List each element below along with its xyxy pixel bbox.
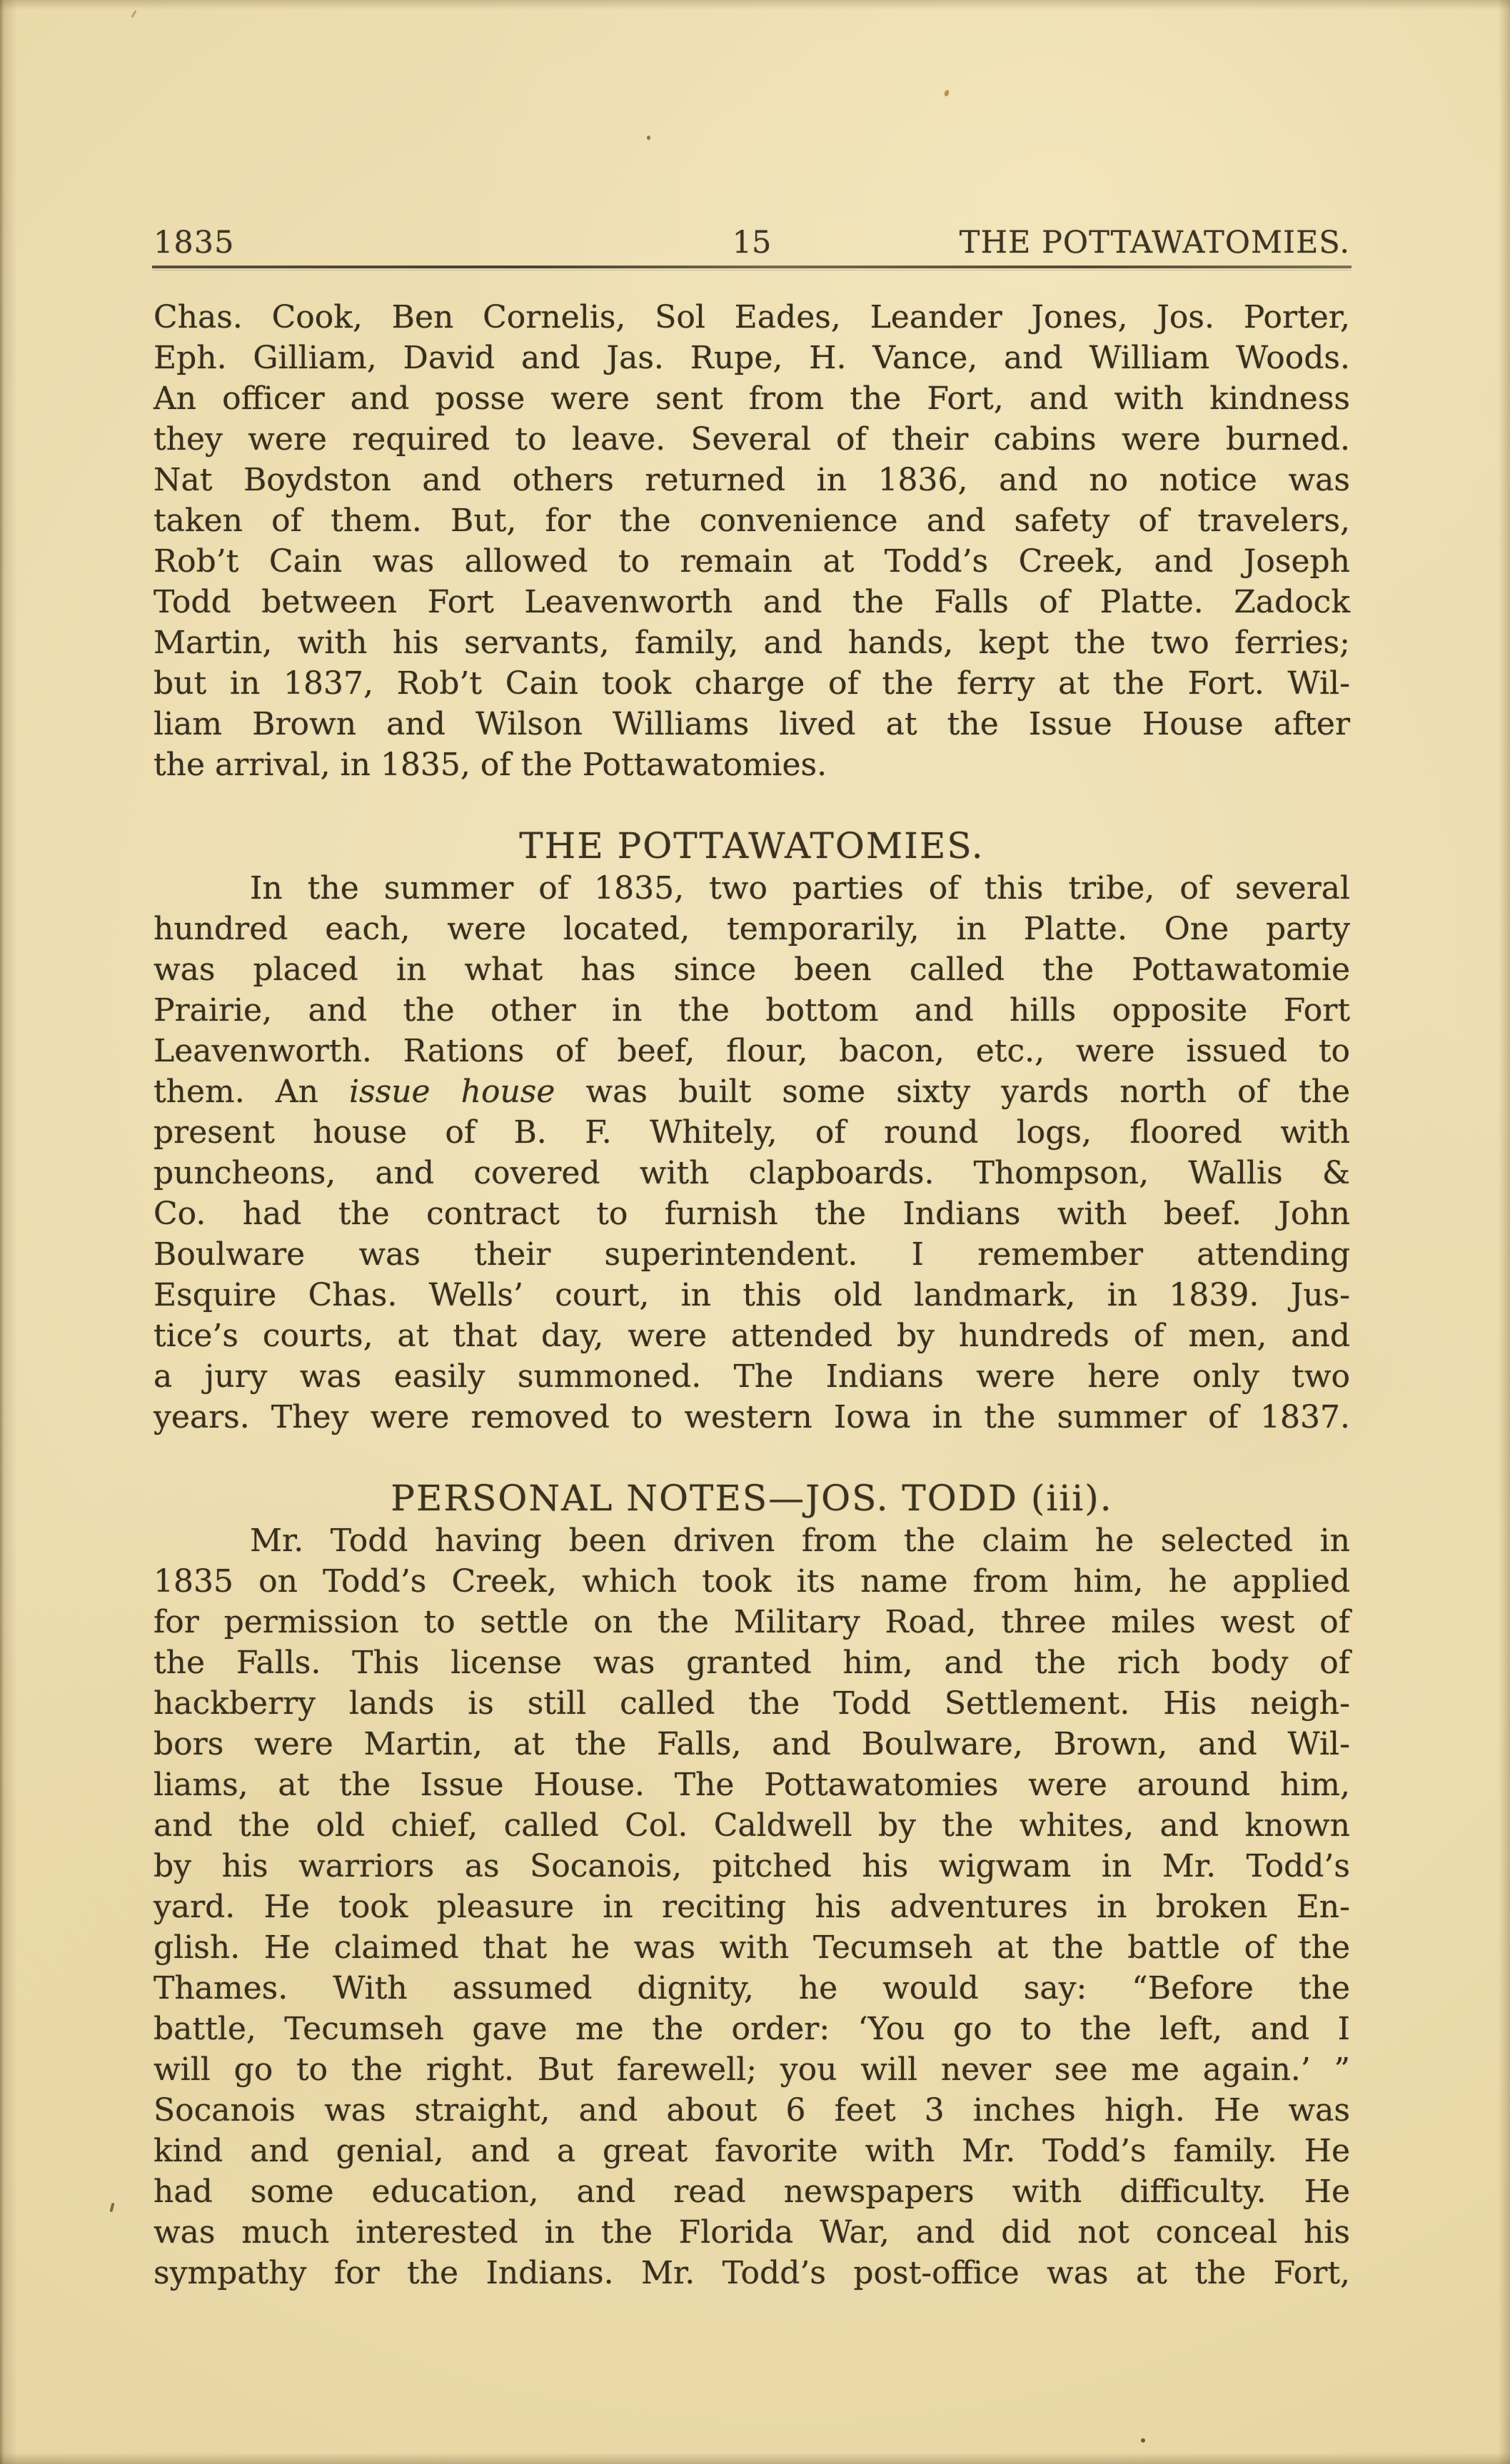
- section-heading: PERSONAL NOTES—JOS. TODD (iii).: [153, 1478, 1350, 1519]
- text-line: sympathy for the Indians. Mr. Todd’s pos…: [153, 2253, 1350, 2293]
- text-line: An officer and posse were sent from the …: [153, 378, 1350, 419]
- text-line: tice’s courts, at that day, were attende…: [153, 1316, 1350, 1356]
- text-line: yard. He took pleasure in reciting his a…: [153, 1887, 1350, 1927]
- text-line: Rob’t Cain was allowed to remain at Todd…: [153, 541, 1350, 582]
- text-line: hundred each, were located, temporarily,…: [153, 909, 1350, 949]
- text-line: Todd between Fort Leavenworth and the Fa…: [153, 582, 1350, 622]
- text-line: glish. He claimed that he was with Tecum…: [153, 1927, 1350, 1968]
- text-line: and the old chief, called Col. Caldwell …: [153, 1805, 1350, 1846]
- text-line: a jury was easily summoned. The Indians …: [153, 1356, 1350, 1397]
- text-line: Boulware was their superintendent. I rem…: [153, 1234, 1350, 1275]
- text-line: puncheons, and covered with clapboards. …: [153, 1153, 1350, 1193]
- book-page: 1835 15 THE POTTAWATOMIES. Chas. Cook, B…: [0, 0, 1510, 2464]
- ink-speck: [1141, 2438, 1145, 2443]
- text-line: was placed in what has since been called…: [153, 949, 1350, 990]
- text-line: battle, Tecumseh gave me the order: ‘You…: [153, 2009, 1350, 2049]
- text-line: had some education, and read newspapers …: [153, 2171, 1350, 2212]
- text-line: Prairie, and the other in the bottom and…: [153, 990, 1350, 1031]
- text-line: kind and genial, and a great favorite wi…: [153, 2131, 1350, 2171]
- ink-speck: [131, 10, 136, 18]
- text-line: taken of them. But, for the convenience …: [153, 500, 1350, 541]
- page-header: 1835 15 THE POTTAWATOMIES.: [153, 226, 1350, 260]
- text-line: was much interested in the Florida War, …: [153, 2212, 1350, 2253]
- paragraph: Mr. Todd having been driven from the cla…: [153, 1520, 1350, 2293]
- header-year: 1835: [153, 226, 234, 260]
- page-body: Chas. Cook, Ben Cornelis, Sol Eades, Lea…: [153, 297, 1350, 2293]
- ink-speck: [944, 89, 950, 97]
- text-line: Nat Boydston and others returned in 1836…: [153, 460, 1350, 500]
- text-line: the Falls. This license was granted him,…: [153, 1642, 1350, 1683]
- text-line: Leavenworth. Rations of beef, flour, bac…: [153, 1031, 1350, 1071]
- text-line: liams, at the Issue House. The Pottawato…: [153, 1764, 1350, 1805]
- header-rule: [152, 266, 1352, 271]
- header-page-number: 15: [733, 226, 772, 260]
- text-line: they were required to leave. Several of …: [153, 419, 1350, 460]
- text-line: hackberry lands is still called the Todd…: [153, 1683, 1350, 1724]
- text-line: 1835 on Todd’s Creek, which took its nam…: [153, 1561, 1350, 1602]
- text-line: liam Brown and Wilson Williams lived at …: [153, 704, 1350, 744]
- text-line: by his warriors as Socanois, pitched his…: [153, 1846, 1350, 1887]
- text-line: Co. had the contract to furnish the Indi…: [153, 1193, 1350, 1234]
- ink-speck: [647, 136, 650, 140]
- text-line: but in 1837, Rob’t Cain took charge of t…: [153, 663, 1350, 704]
- text-line: In the summer of 1835, two parties of th…: [153, 868, 1350, 909]
- text-line: them. An issue house was built some sixt…: [153, 1071, 1350, 1112]
- paragraph: Chas. Cook, Ben Cornelis, Sol Eades, Lea…: [153, 297, 1350, 785]
- text-line: present house of B. F. Whitely, of round…: [153, 1112, 1350, 1153]
- text-line: Esquire Chas. Wells’ court, in this old …: [153, 1275, 1350, 1316]
- text-line: Eph. Gilliam, David and Jas. Rupe, H. Va…: [153, 338, 1350, 378]
- text-line: for permission to settle on the Military…: [153, 1602, 1350, 1642]
- header-running-title: THE POTTAWATOMIES.: [960, 226, 1350, 260]
- text-line: Socanois was straight, and about 6 feet …: [153, 2090, 1350, 2131]
- text-line: years. They were removed to western Iowa…: [153, 1397, 1350, 1438]
- ink-speck: [109, 2203, 114, 2213]
- text-line: the arrival, in 1835, of the Pottawatomi…: [153, 744, 1350, 785]
- text-line: Chas. Cook, Ben Cornelis, Sol Eades, Lea…: [153, 297, 1350, 338]
- text-line: bors were Martin, at the Falls, and Boul…: [153, 1724, 1350, 1764]
- section-heading: THE POTTAWATOMIES.: [153, 825, 1350, 867]
- text-line: Mr. Todd having been driven from the cla…: [153, 1520, 1350, 1561]
- paragraph: In the summer of 1835, two parties of th…: [153, 868, 1350, 1438]
- text-line: will go to the right. But farewell; you …: [153, 2049, 1350, 2090]
- text-line: Thames. With assumed dignity, he would s…: [153, 1968, 1350, 2009]
- text-line: Martin, with his servants, family, and h…: [153, 622, 1350, 663]
